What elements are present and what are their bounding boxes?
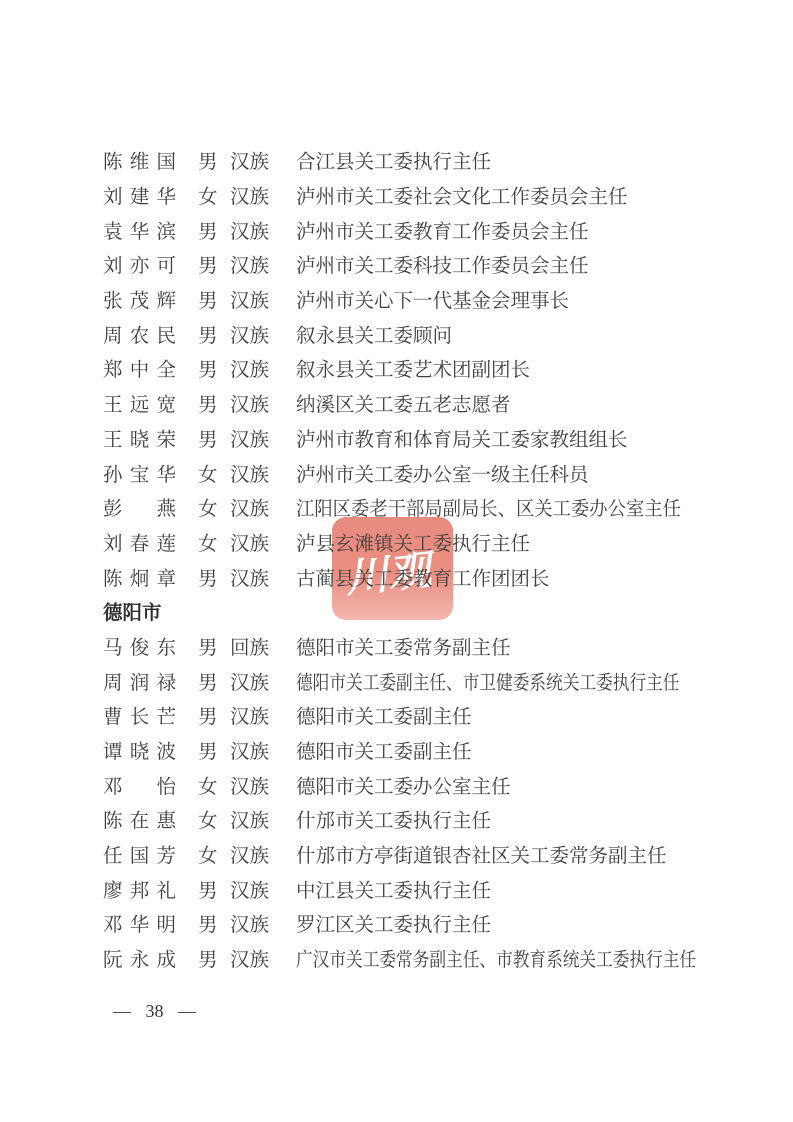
ethnicity-cell: 汉族 xyxy=(230,389,271,417)
name-cell: 王晓荣 xyxy=(103,424,176,452)
position-cell: 德阳市关工委办公室主任 xyxy=(296,771,511,799)
gender-cell: 男 xyxy=(198,632,219,660)
position-cell: 古蔺县关工委教育工作团团长 xyxy=(296,563,550,591)
position-cell: 德阳市关工委常务副主任 xyxy=(296,632,511,660)
gender-cell: 男 xyxy=(198,563,219,591)
name-cell: 陈维国 xyxy=(103,146,176,174)
gender-cell: 男 xyxy=(198,250,219,278)
name-cell: 谭晓波 xyxy=(103,736,176,764)
name-cell: 袁华滨 xyxy=(103,216,176,244)
gender-cell: 男 xyxy=(198,424,219,452)
ethnicity-cell: 汉族 xyxy=(230,216,271,244)
name-cell: 周润禄 xyxy=(103,667,176,695)
position-cell: 德阳市关工委副主任 xyxy=(296,701,472,729)
ethnicity-cell: 汉族 xyxy=(230,840,271,868)
ethnicity-cell: 汉族 xyxy=(230,667,271,695)
gender-cell: 男 xyxy=(198,909,219,937)
name-cell: 曹长芒 xyxy=(103,701,176,729)
gender-cell: 女 xyxy=(198,181,219,209)
position-cell: 叙永县关工委艺术团副团长 xyxy=(296,354,530,382)
ethnicity-cell: 回族 xyxy=(230,632,271,660)
ethnicity-cell: 汉族 xyxy=(230,944,271,972)
section-header: 德阳市 xyxy=(103,594,764,629)
ethnicity-cell: 汉族 xyxy=(230,771,271,799)
gender-cell: 女 xyxy=(198,459,219,487)
position-cell: 德阳市关工委副主任、市卫健委系统关工委执行主任 xyxy=(296,667,679,695)
position-cell: 泸州市关心下一代基金会理事长 xyxy=(296,285,569,313)
name-cell: 陈炯章 xyxy=(103,563,176,591)
position-cell: 罗江区关工委执行主任 xyxy=(296,909,491,937)
position-cell: 合江县关工委执行主任 xyxy=(296,146,491,174)
roster-row: 谭晓波男汉族德阳市关工委副主任 xyxy=(103,733,764,768)
position-cell: 泸州市关工委办公室一级主任科员 xyxy=(296,459,589,487)
name-cell: 张茂辉 xyxy=(103,285,176,313)
position-cell: 泸州市教育和体育局关工委家教组组长 xyxy=(296,424,628,452)
roster-row: 周润禄男汉族德阳市关工委副主任、市卫健委系统关工委执行主任 xyxy=(103,663,764,698)
ethnicity-cell: 汉族 xyxy=(230,736,271,764)
roster-row: 郑中全男汉族叙永县关工委艺术团副团长 xyxy=(103,351,764,386)
name-cell: 郑中全 xyxy=(103,354,176,382)
roster-row: 马俊东男回族德阳市关工委常务副主任 xyxy=(103,629,764,664)
name-cell: 邓华明 xyxy=(103,909,176,937)
name-cell: 任国芳 xyxy=(103,840,176,868)
ethnicity-cell: 汉族 xyxy=(230,146,271,174)
name-cell: 彭 燕 xyxy=(103,493,176,521)
ethnicity-cell: 汉族 xyxy=(230,493,271,521)
gender-cell: 男 xyxy=(198,875,219,903)
position-cell: 泸州市关工委科技工作委员会主任 xyxy=(296,250,589,278)
gender-cell: 男 xyxy=(198,216,219,244)
roster-row: 张茂辉男汉族泸州市关心下一代基金会理事长 xyxy=(103,282,764,317)
ethnicity-cell: 汉族 xyxy=(230,701,271,729)
name-cell: 王远宽 xyxy=(103,389,176,417)
gender-cell: 男 xyxy=(198,667,219,695)
position-cell: 江阳区委老干部局副局长、区关工委办公室主任 xyxy=(296,493,681,521)
document-page: 川观 陈维国男汉族合江县关工委执行主任刘建华女汉族泸州市关工委社会文化工作委员会… xyxy=(0,0,793,1122)
roster-row: 彭 燕女汉族江阳区委老干部局副局长、区关工委办公室主任 xyxy=(103,490,764,525)
gender-cell: 男 xyxy=(198,320,219,348)
page-number: — 38 — xyxy=(113,1001,196,1021)
roster-row: 陈维国男汉族合江县关工委执行主任 xyxy=(103,143,764,178)
gender-cell: 女 xyxy=(198,805,219,833)
gender-cell: 女 xyxy=(198,493,219,521)
roster-row: 陈在惠女汉族什邡市关工委执行主任 xyxy=(103,802,764,837)
roster-row: 陈炯章男汉族古蔺县关工委教育工作团团长 xyxy=(103,559,764,594)
gender-cell: 女 xyxy=(198,771,219,799)
ethnicity-cell: 汉族 xyxy=(230,285,271,313)
name-cell: 马俊东 xyxy=(103,632,176,660)
position-cell: 纳溪区关工委五老志愿者 xyxy=(296,389,511,417)
name-cell: 刘建华 xyxy=(103,181,176,209)
name-cell: 陈在惠 xyxy=(103,805,176,833)
roster-row: 阮永成男汉族广汉市关工委常务副主任、市教育系统关工委执行主任 xyxy=(103,941,764,976)
roster-row: 袁华滨男汉族泸州市关工委教育工作委员会主任 xyxy=(103,212,764,247)
roster-row: 邓华明男汉族罗江区关工委执行主任 xyxy=(103,906,764,941)
position-cell: 泸县玄滩镇关工委执行主任 xyxy=(296,528,530,556)
ethnicity-cell: 汉族 xyxy=(230,320,271,348)
ethnicity-cell: 汉族 xyxy=(230,250,271,278)
gender-cell: 女 xyxy=(198,840,219,868)
ethnicity-cell: 汉族 xyxy=(230,424,271,452)
ethnicity-cell: 汉族 xyxy=(230,909,271,937)
name-cell: 阮永成 xyxy=(103,944,176,972)
ethnicity-cell: 汉族 xyxy=(230,354,271,382)
position-cell: 叙永县关工委顾问 xyxy=(296,320,452,348)
roster-row: 周农民男汉族叙永县关工委顾问 xyxy=(103,316,764,351)
gender-cell: 男 xyxy=(198,354,219,382)
gender-cell: 男 xyxy=(198,285,219,313)
name-cell: 刘春莲 xyxy=(103,528,176,556)
page-footer: — 38 — xyxy=(113,1001,196,1022)
roster-row: 刘亦可男汉族泸州市关工委科技工作委员会主任 xyxy=(103,247,764,282)
position-cell: 广汉市关工委常务副主任、市教育系统关工委执行主任 xyxy=(296,944,696,972)
name-cell: 廖邦礼 xyxy=(103,875,176,903)
gender-cell: 男 xyxy=(198,701,219,729)
name-cell: 邓 怡 xyxy=(103,771,176,799)
roster-row: 曹长芒男汉族德阳市关工委副主任 xyxy=(103,698,764,733)
roster-row: 任国芳女汉族什邡市方亭街道银杏社区关工委常务副主任 xyxy=(103,837,764,872)
ethnicity-cell: 汉族 xyxy=(230,528,271,556)
roster-row: 廖邦礼男汉族中江县关工委执行主任 xyxy=(103,871,764,906)
name-cell: 孙宝华 xyxy=(103,459,176,487)
name-cell: 刘亦可 xyxy=(103,250,176,278)
ethnicity-cell: 汉族 xyxy=(230,181,271,209)
roster-row: 刘春莲女汉族泸县玄滩镇关工委执行主任 xyxy=(103,525,764,560)
position-cell: 什邡市方亭街道银杏社区关工委常务副主任 xyxy=(296,840,667,868)
roster-row: 刘建华女汉族泸州市关工委社会文化工作委员会主任 xyxy=(103,178,764,213)
position-cell: 泸州市关工委社会文化工作委员会主任 xyxy=(296,181,628,209)
position-cell: 什邡市关工委执行主任 xyxy=(296,805,491,833)
gender-cell: 女 xyxy=(198,528,219,556)
position-cell: 泸州市关工委教育工作委员会主任 xyxy=(296,216,589,244)
ethnicity-cell: 汉族 xyxy=(230,805,271,833)
gender-cell: 男 xyxy=(198,146,219,174)
ethnicity-cell: 汉族 xyxy=(230,459,271,487)
roster-row: 邓 怡女汉族德阳市关工委办公室主任 xyxy=(103,767,764,802)
gender-cell: 男 xyxy=(198,736,219,764)
gender-cell: 男 xyxy=(198,944,219,972)
position-cell: 中江县关工委执行主任 xyxy=(296,875,491,903)
roster-row: 王晓荣男汉族泸州市教育和体育局关工委家教组组长 xyxy=(103,421,764,456)
roster-row: 王远宽男汉族纳溪区关工委五老志愿者 xyxy=(103,386,764,421)
roster-row: 孙宝华女汉族泸州市关工委办公室一级主任科员 xyxy=(103,455,764,490)
roster: 陈维国男汉族合江县关工委执行主任刘建华女汉族泸州市关工委社会文化工作委员会主任袁… xyxy=(103,143,764,976)
ethnicity-cell: 汉族 xyxy=(230,875,271,903)
gender-cell: 男 xyxy=(198,389,219,417)
name-cell: 周农民 xyxy=(103,320,176,348)
ethnicity-cell: 汉族 xyxy=(230,563,271,591)
position-cell: 德阳市关工委副主任 xyxy=(296,736,472,764)
